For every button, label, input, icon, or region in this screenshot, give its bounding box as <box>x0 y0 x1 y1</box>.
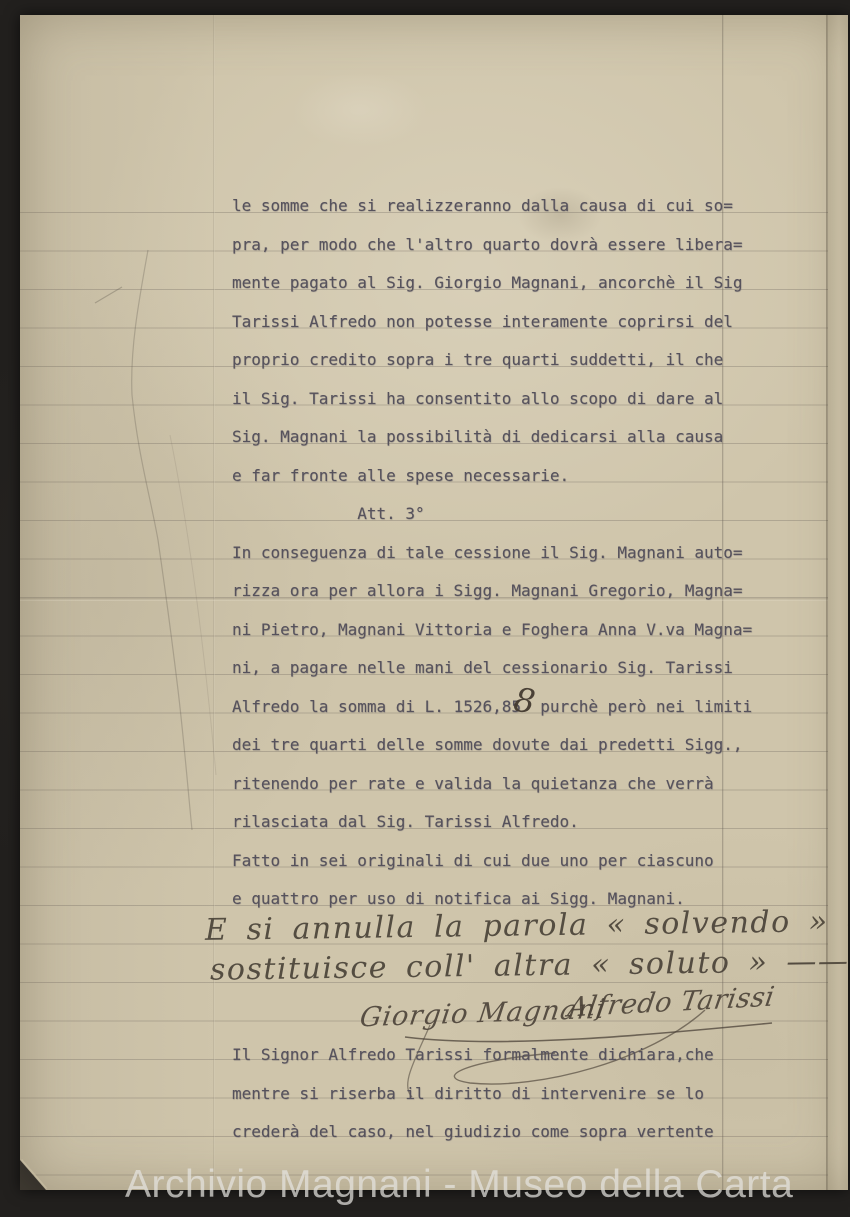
typed-line: mentre si riserba il diritto di interven… <box>232 1075 714 1114</box>
typed-line: Alfredo la somma di L. 1526,85 purchè pe… <box>232 688 752 727</box>
typed-line: Fatto in sei originali di cui due uno pe… <box>232 842 752 881</box>
typed-paragraphs-bottom: Il Signor Alfredo Tarissi formalmente di… <box>232 1036 714 1152</box>
typed-line: ni, a pagare nelle mani del cessionario … <box>232 649 752 688</box>
typed-line: ritenendo per rate e valida la quietanza… <box>232 765 752 804</box>
scan-background: le somme che si realizzeranno dalla caus… <box>0 0 850 1217</box>
typed-line: In conseguenza di tale cessione il Sig. … <box>232 534 752 573</box>
typed-line: e far fronte alle spese necessarie. <box>232 457 752 496</box>
typed-line: Il Signor Alfredo Tarissi formalmente di… <box>232 1036 714 1075</box>
typed-line: ni Pietro, Magnani Vittoria e Foghera An… <box>232 611 752 650</box>
typed-line: il Sig. Tarissi ha consentito allo scopo… <box>232 380 752 419</box>
typed-line: rilasciata dal Sig. Tarissi Alfredo. <box>232 803 752 842</box>
document-page: le somme che si realizzeranno dalla caus… <box>20 15 848 1190</box>
typed-line: proprio credito sopra i tre quarti sudde… <box>232 341 752 380</box>
typed-line: Att. 3° <box>232 495 752 534</box>
typed-line: Tarissi Alfredo non potesse interamente … <box>232 303 752 342</box>
typed-line: dei tre quarti delle somme dovute dai pr… <box>232 726 752 765</box>
typed-line: rizza ora per allora i Sigg. Magnani Gre… <box>232 572 752 611</box>
screenshot-root: { "page": { "watermark": "Archivio Magna… <box>0 0 850 1217</box>
typed-line: Sig. Magnani la possibilità di dedicarsi… <box>232 418 752 457</box>
vertical-crease <box>213 15 215 1190</box>
typed-line: mente pagato al Sig. Giorgio Magnani, an… <box>232 264 752 303</box>
folded-page-strip <box>828 15 848 1190</box>
typed-line: pra, per modo che l'altro quarto dovrà e… <box>232 226 752 265</box>
typed-paragraphs-top: le somme che si realizzeranno dalla caus… <box>232 187 752 919</box>
typed-line: le somme che si realizzeranno dalla caus… <box>232 187 752 226</box>
typed-line: crederà del caso, nel giudizio come sopr… <box>232 1113 714 1152</box>
watermark-text: Archivio Magnani - Museo della Carta <box>125 1163 793 1207</box>
